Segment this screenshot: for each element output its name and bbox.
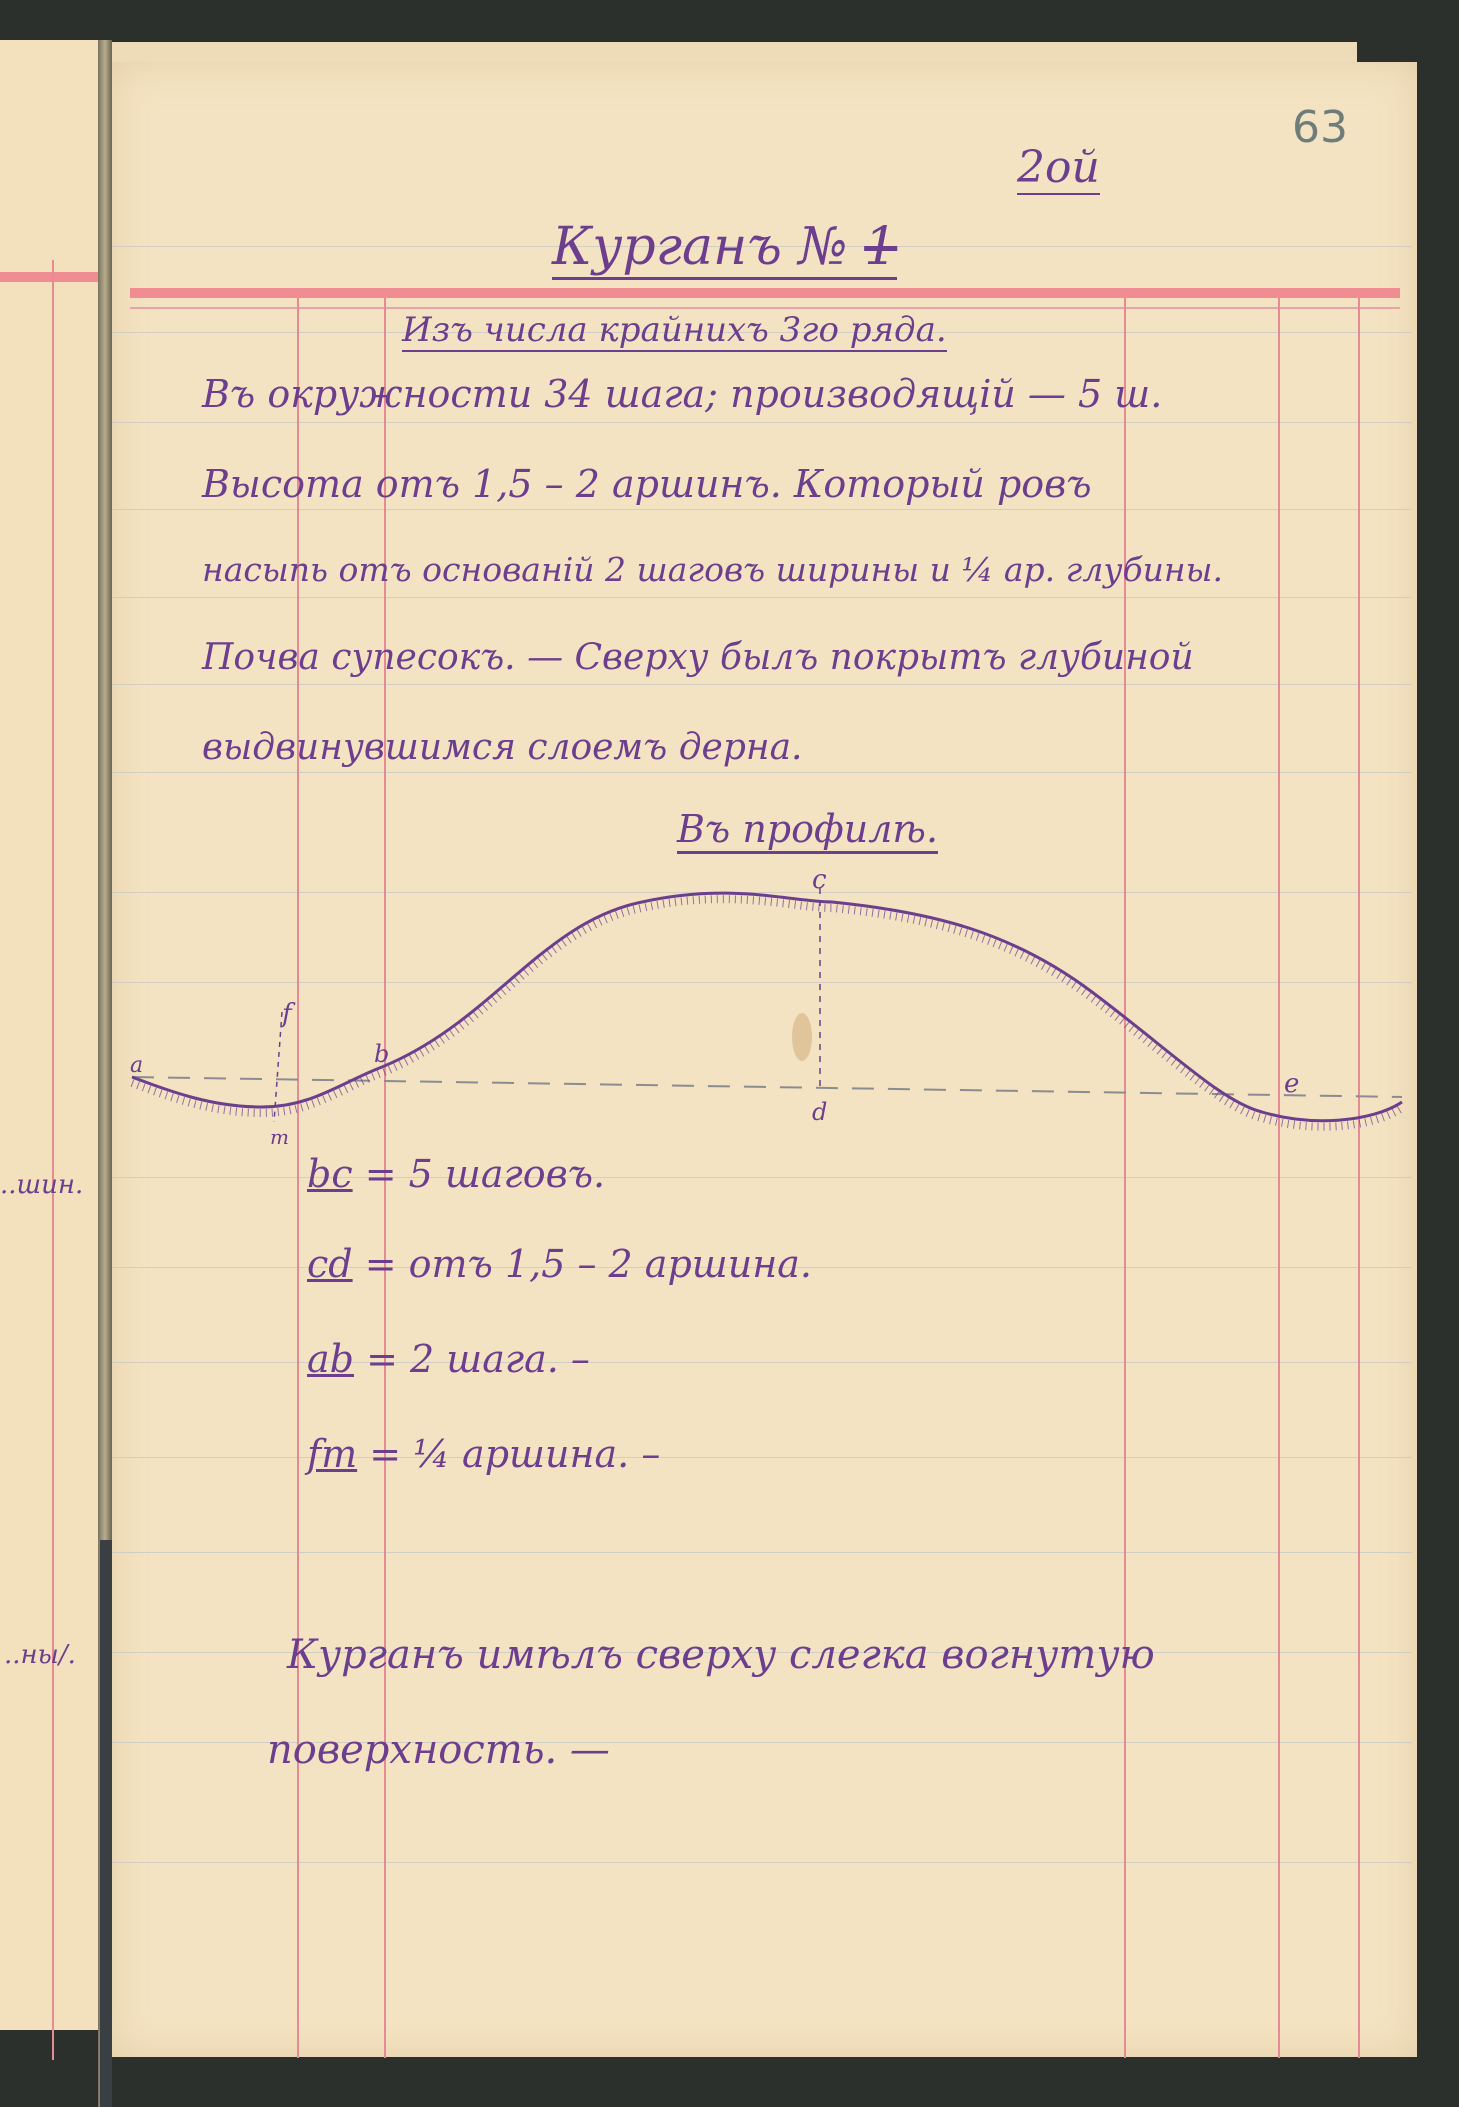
left-page-fragment: ..ны/.: [4, 1640, 76, 1670]
left-page-fragment: ..шин.: [0, 1170, 83, 1200]
closing-line: Курганъ имѣлъ сверху слегка вогнутую: [287, 1632, 1155, 1678]
measurement-value: = 5 шаговъ.: [365, 1152, 605, 1196]
measurement-row: fm = ¼ аршина. –: [307, 1432, 660, 1476]
measurement-label: bc: [307, 1152, 353, 1196]
point-label-c: c: [812, 865, 827, 895]
point-label-d: d: [812, 1098, 827, 1126]
left-page-margin-line: [52, 260, 54, 2060]
measurement-value: = 2 шага. –: [366, 1337, 590, 1381]
left-page-red-rule: [0, 272, 100, 282]
measurement-row: cd = отъ 1,5 – 2 аршина.: [307, 1242, 812, 1286]
measurement-value: = ¼ аршина. –: [369, 1432, 660, 1476]
point-label-m: m: [270, 1125, 289, 1149]
closing-line: поверхность. —: [267, 1727, 610, 1773]
measurement-label: cd: [307, 1242, 353, 1286]
measurement-value: = отъ 1,5 – 2 аршина.: [365, 1242, 812, 1286]
notebook-page: 63 Курганъ № 1 2ой Изъ числа крайнихъ 3г…: [112, 62, 1417, 2057]
book-binding-cord: [100, 1540, 112, 2107]
mound-profile-curve: [132, 893, 1402, 1121]
point-label-f: f: [280, 999, 296, 1029]
measurement-label: fm: [307, 1432, 357, 1476]
point-label-b: b: [374, 1040, 389, 1068]
measurement-label: ab: [307, 1337, 354, 1381]
point-label-a: a: [130, 1053, 143, 1078]
paper-stain: [792, 1013, 812, 1061]
left-page-sliver: ..шин. ..ны/.: [0, 40, 108, 2030]
point-label-e: e: [1284, 1069, 1299, 1099]
measurement-row: bc = 5 шаговъ.: [307, 1152, 605, 1196]
measurement-row: ab = 2 шага. –: [307, 1337, 590, 1381]
